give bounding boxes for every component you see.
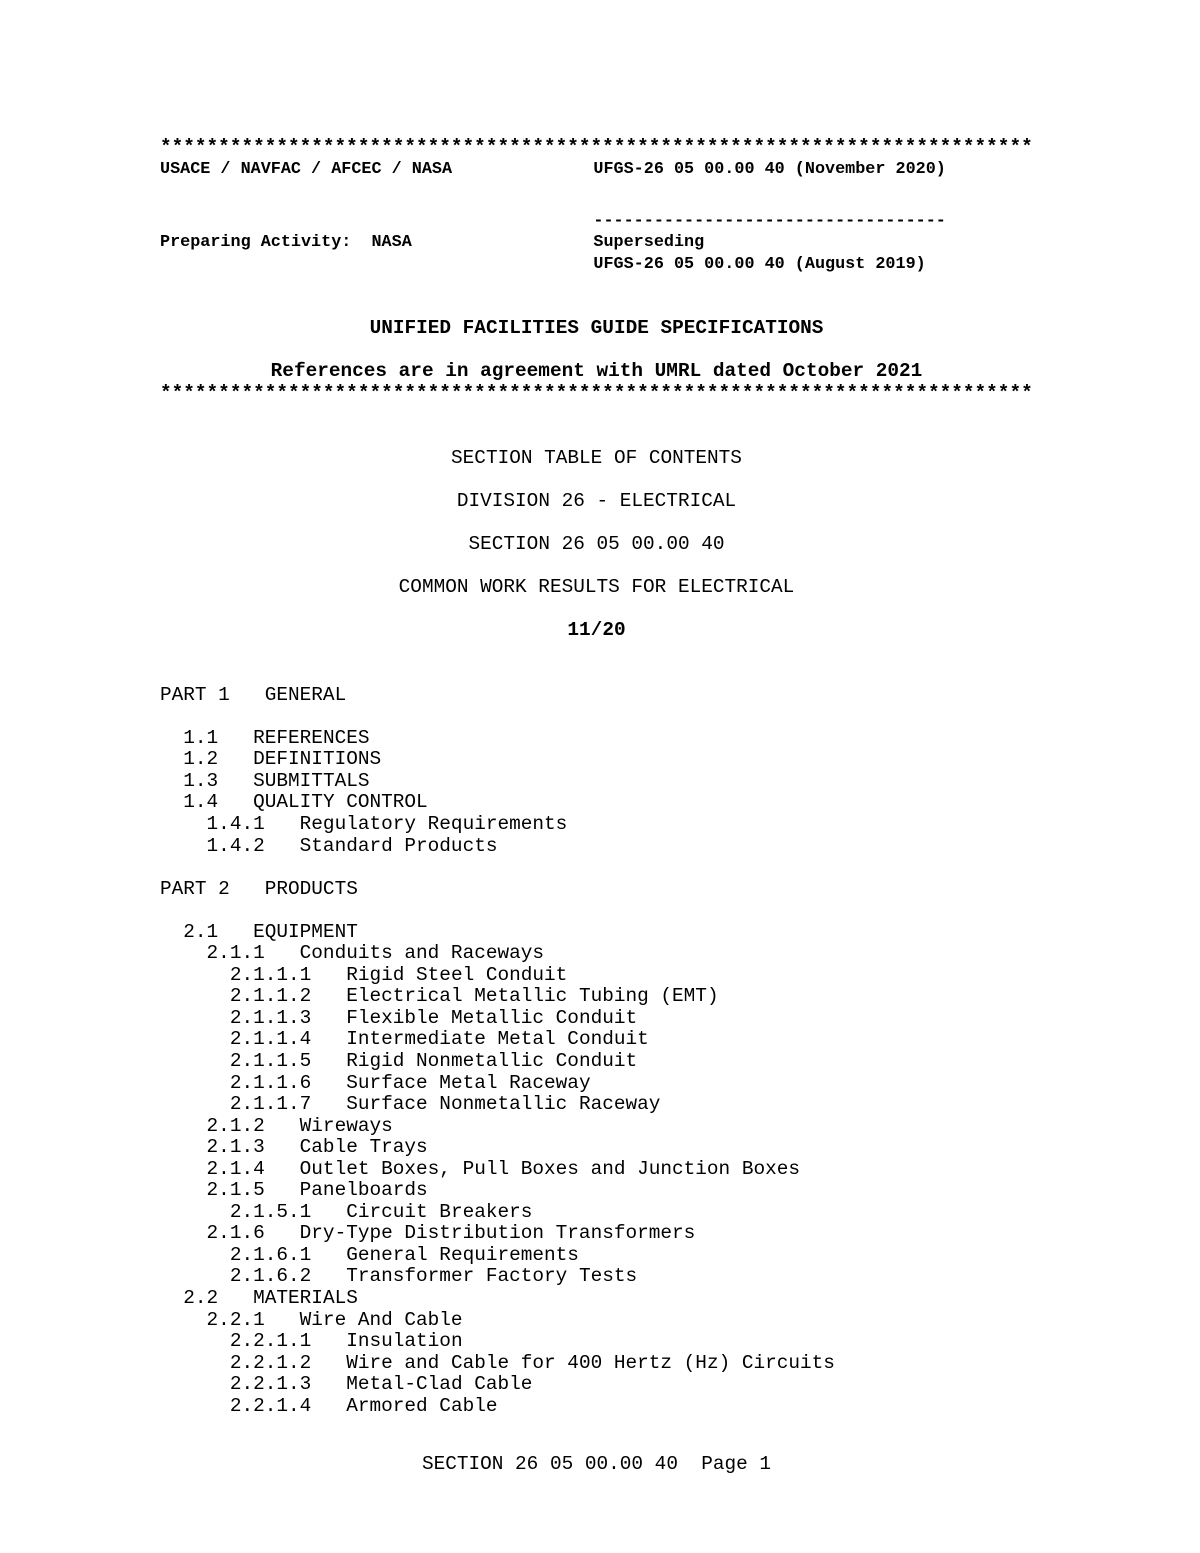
doc-title: UNIFIED FACILITIES GUIDE SPECIFICATIONS <box>160 318 1033 340</box>
toc-entry-number: 1.4 <box>183 791 218 813</box>
toc-entry-title: Standard Products <box>300 835 498 857</box>
toc-entry-title: Wire And Cable <box>300 1309 463 1331</box>
toc-entry: 2.2.1.2 Wire and Cable for 400 Hertz (Hz… <box>160 1353 1033 1375</box>
toc-section-title: COMMON WORK RESULTS FOR ELECTRICAL <box>160 577 1033 599</box>
blank-line <box>160 663 1033 685</box>
toc-entry-title: Surface Nonmetallic Raceway <box>346 1093 660 1115</box>
toc-entry-number: 2.2.1.1 <box>230 1330 311 1352</box>
toc-entry-number: 2.1.1.2 <box>230 985 311 1007</box>
toc-entry-number: 2.1.6.1 <box>230 1244 311 1266</box>
toc-entry-title: Rigid Nonmetallic Conduit <box>346 1050 637 1072</box>
toc-entry-number: 2.1.1.5 <box>230 1050 311 1072</box>
toc-entry-title: General Requirements <box>346 1244 579 1266</box>
blank-line <box>160 598 1033 620</box>
toc-entry-title: Surface Metal Raceway <box>346 1072 590 1094</box>
toc-entry-number: 2.1 <box>183 921 218 943</box>
toc-entry-number: 1.3 <box>183 770 218 792</box>
toc-entry-number: 2.1.2 <box>207 1115 265 1137</box>
toc-entry: 2.1.1.4 Intermediate Metal Conduit <box>160 1029 1033 1051</box>
toc-heading: SECTION TABLE OF CONTENTS <box>160 448 1033 470</box>
part-label: PART 2 <box>160 878 230 900</box>
header-org-row: USACE / NAVFAC / AFCEC / NASAUFGS-26 05 … <box>160 159 1033 181</box>
toc-entry: 2.1 EQUIPMENT <box>160 922 1033 944</box>
toc-entry-title: MATERIALS <box>253 1287 358 1309</box>
blank-line <box>160 340 1033 362</box>
blank-line <box>160 275 1033 297</box>
toc-entry: 2.2 MATERIALS <box>160 1288 1033 1310</box>
toc-entry-number: 2.1.4 <box>207 1158 265 1180</box>
toc-entry-number: 1.4.1 <box>207 813 265 835</box>
preparing-activity: Preparing Activity: NASA <box>160 233 412 252</box>
spec-id-superseded: UFGS-26 05 00.00 40 (August 2019) <box>593 254 925 276</box>
toc-entry-title: Dry-Type Distribution Transformers <box>300 1222 696 1244</box>
toc-entry: 2.1.2 Wireways <box>160 1116 1033 1138</box>
toc-entry-title: Wire and Cable for 400 Hertz (Hz) Circui… <box>346 1352 835 1374</box>
toc-entry-number: 2.2.1.4 <box>230 1395 311 1417</box>
blank-line <box>160 405 1033 427</box>
toc-entry-number: 2.1.5 <box>207 1179 265 1201</box>
blank-line <box>160 469 1033 491</box>
toc-entry: 2.2.1.4 Armored Cable <box>160 1396 1033 1418</box>
toc-entry: 2.1.1.3 Flexible Metallic Conduit <box>160 1008 1033 1030</box>
toc-entry-number: 2.1.1.1 <box>230 964 311 986</box>
toc-entry-title: Panelboards <box>300 1179 428 1201</box>
toc-entry: 2.1.6.2 Transformer Factory Tests <box>160 1266 1033 1288</box>
toc-entry-title: Cable Trays <box>300 1136 428 1158</box>
toc-entry: 2.1.6 Dry-Type Distribution Transformers <box>160 1223 1033 1245</box>
toc-entry: 1.1 REFERENCES <box>160 728 1033 750</box>
toc-entry: 2.2.1 Wire And Cable <box>160 1310 1033 1332</box>
spec-id-current: UFGS-26 05 00.00 40 (November 2020) <box>593 159 945 181</box>
toc-entry: 2.1.1.5 Rigid Nonmetallic Conduit <box>160 1051 1033 1073</box>
toc-entry-title: QUALITY CONTROL <box>253 791 428 813</box>
toc-entry: 2.1.1 Conduits and Raceways <box>160 943 1033 965</box>
toc-entry-title: REFERENCES <box>253 727 369 749</box>
toc-entry: 1.4 QUALITY CONTROL <box>160 792 1033 814</box>
part-heading: PART 2 PRODUCTS <box>160 879 1033 901</box>
page-footer: SECTION 26 05 00.00 40 Page 1 <box>160 1454 1033 1476</box>
blank-line <box>160 900 1033 922</box>
toc-entry-number: 2.2.1 <box>207 1309 265 1331</box>
toc-entry-number: 2.1.6.2 <box>230 1265 311 1287</box>
toc-entry-number: 2.2 <box>183 1287 218 1309</box>
header-divider-row: ----------------------------------- <box>160 211 1033 233</box>
part-heading: PART 1 GENERAL <box>160 685 1033 707</box>
toc-entry: 2.1.5 Panelboards <box>160 1180 1033 1202</box>
toc-entry-number: 2.1.1.4 <box>230 1028 311 1050</box>
toc-entry-title: Wireways <box>300 1115 393 1137</box>
toc-entry-title: SUBMITTALS <box>253 770 369 792</box>
banner-line-bottom: ****************************************… <box>160 383 1033 405</box>
superseding-divider: ----------------------------------- <box>593 211 945 233</box>
part-title: GENERAL <box>265 684 346 706</box>
toc-entry-number: 2.2.1.2 <box>230 1352 311 1374</box>
toc-entry: 2.1.5.1 Circuit Breakers <box>160 1202 1033 1224</box>
toc-entry: 2.2.1.3 Metal-Clad Cable <box>160 1374 1033 1396</box>
org-list: USACE / NAVFAC / AFCEC / NASA <box>160 160 452 179</box>
superseding-label: Superseding <box>593 232 704 254</box>
toc-entry-number: 2.1.1.6 <box>230 1072 311 1094</box>
toc-entry: 2.1.1.7 Surface Nonmetallic Raceway <box>160 1094 1033 1116</box>
toc-entry-title: Metal-Clad Cable <box>346 1373 532 1395</box>
toc-entry: 2.2.1.1 Insulation <box>160 1331 1033 1353</box>
toc-entry-title: Rigid Steel Conduit <box>346 964 567 986</box>
toc-entry-number: 1.2 <box>183 748 218 770</box>
toc-entry-number: 2.1.6 <box>207 1222 265 1244</box>
toc-entry-title: Outlet Boxes, Pull Boxes and Junction Bo… <box>300 1158 800 1180</box>
toc-entry-number: 2.1.1.7 <box>230 1093 311 1115</box>
toc-entry-title: Insulation <box>346 1330 462 1352</box>
document-page: ****************************************… <box>0 0 1200 1553</box>
umrl-note: References are in agreement with UMRL da… <box>160 361 1033 383</box>
part-label: PART 1 <box>160 684 230 706</box>
toc-division: DIVISION 26 - ELECTRICAL <box>160 491 1033 513</box>
blank-line <box>160 642 1033 664</box>
banner-line-top: ****************************************… <box>160 137 1033 159</box>
toc-entry-number: 2.1.1.3 <box>230 1007 311 1029</box>
blank-line <box>160 1417 1033 1439</box>
blank-line <box>160 512 1033 534</box>
toc-entry: 1.2 DEFINITIONS <box>160 749 1033 771</box>
blank-line <box>160 706 1033 728</box>
toc-entry-title: Circuit Breakers <box>346 1201 532 1223</box>
header-preparing-row: Preparing Activity: NASASuperseding <box>160 232 1033 254</box>
toc-entry-number: 2.1.5.1 <box>230 1201 311 1223</box>
toc-entry: 2.1.1.6 Surface Metal Raceway <box>160 1073 1033 1095</box>
toc-entry-title: Transformer Factory Tests <box>346 1265 637 1287</box>
blank-line <box>160 180 1033 202</box>
toc-entry-title: Electrical Metallic Tubing (EMT) <box>346 985 718 1007</box>
blank-line <box>160 426 1033 448</box>
blank-line <box>160 555 1033 577</box>
toc-entry-title: Armored Cable <box>346 1395 497 1417</box>
blank-line <box>160 857 1033 879</box>
toc-entry-number: 1.4.2 <box>207 835 265 857</box>
toc-entry: 2.1.6.1 General Requirements <box>160 1245 1033 1267</box>
toc-entry-number: 2.2.1.3 <box>230 1373 311 1395</box>
toc-entry-number: 2.1.1 <box>207 942 265 964</box>
toc-entry-title: EQUIPMENT <box>253 921 358 943</box>
spec-document: ****************************************… <box>160 137 1033 1475</box>
toc-entry: 1.4.2 Standard Products <box>160 836 1033 858</box>
toc-entry-number: 2.1.3 <box>207 1136 265 1158</box>
toc-entry-title: Conduits and Raceways <box>300 942 544 964</box>
part-title: PRODUCTS <box>265 878 358 900</box>
toc-entry-title: Intermediate Metal Conduit <box>346 1028 649 1050</box>
toc-entry-title: DEFINITIONS <box>253 748 381 770</box>
toc-entry-title: Flexible Metallic Conduit <box>346 1007 637 1029</box>
toc-entry: 2.1.1.1 Rigid Steel Conduit <box>160 965 1033 987</box>
blank-line <box>160 297 1033 319</box>
toc-date: 11/20 <box>160 620 1033 642</box>
toc-entry-title: Regulatory Requirements <box>300 813 568 835</box>
toc-entry: 1.4.1 Regulatory Requirements <box>160 814 1033 836</box>
toc-entry: 1.3 SUBMITTALS <box>160 771 1033 793</box>
toc-entry: 2.1.1.2 Electrical Metallic Tubing (EMT) <box>160 986 1033 1008</box>
header-superseded-row: UFGS-26 05 00.00 40 (August 2019) <box>160 254 1033 276</box>
toc-section: SECTION 26 05 00.00 40 <box>160 534 1033 556</box>
toc-entry: 2.1.4 Outlet Boxes, Pull Boxes and Junct… <box>160 1159 1033 1181</box>
toc-entry-number: 1.1 <box>183 727 218 749</box>
toc-entry: 2.1.3 Cable Trays <box>160 1137 1033 1159</box>
